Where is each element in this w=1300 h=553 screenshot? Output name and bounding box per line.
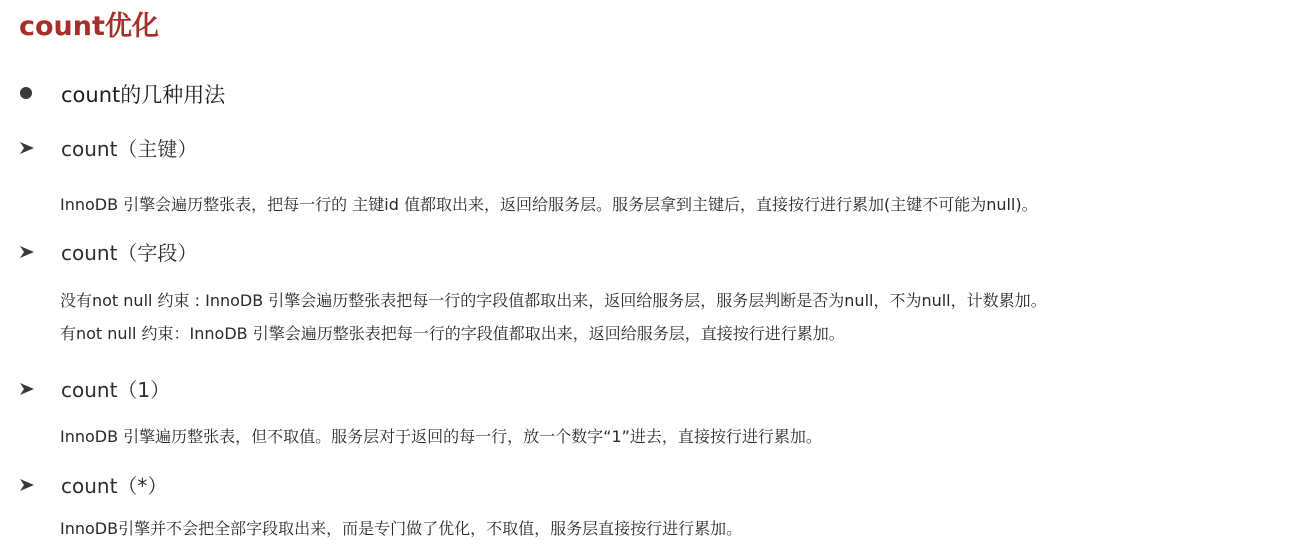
intro-bullet-text: count的几种用法	[61, 79, 225, 109]
section-description: InnoDB引擎并不会把全部字段取出来，而是专门做了优化，不取值，服务层直接按行…	[60, 516, 742, 539]
section-description: 没有not null 约束 : InnoDB 引擎会遍历整张表把每一行的字段值都…	[60, 288, 1047, 311]
section-heading-field: count（字段）	[61, 237, 197, 266]
arrowhead-bullet-icon	[19, 477, 35, 493]
arrowhead-bullet-icon	[19, 244, 35, 260]
page-title: count优化	[19, 4, 159, 43]
filled-circle-bullet-icon	[20, 87, 32, 99]
section-description: 有not null 约束：InnoDB 引擎会遍历整张表把每一行的字段值都取出来…	[60, 321, 845, 344]
arrowhead-bullet-icon	[19, 140, 35, 156]
arrowhead-bullet-icon	[19, 381, 35, 397]
section-heading-primary-key: count（主键）	[61, 133, 197, 162]
section-heading-one: count（1）	[61, 374, 170, 403]
section-heading-star: count（*）	[61, 470, 167, 499]
section-description: InnoDB 引擎会遍历整张表，把每一行的 主键id 值都取出来，返回给服务层。…	[60, 192, 1038, 215]
section-description: InnoDB 引擎遍历整张表，但不取值。服务层对于返回的每一行，放一个数字“1”…	[60, 424, 822, 447]
